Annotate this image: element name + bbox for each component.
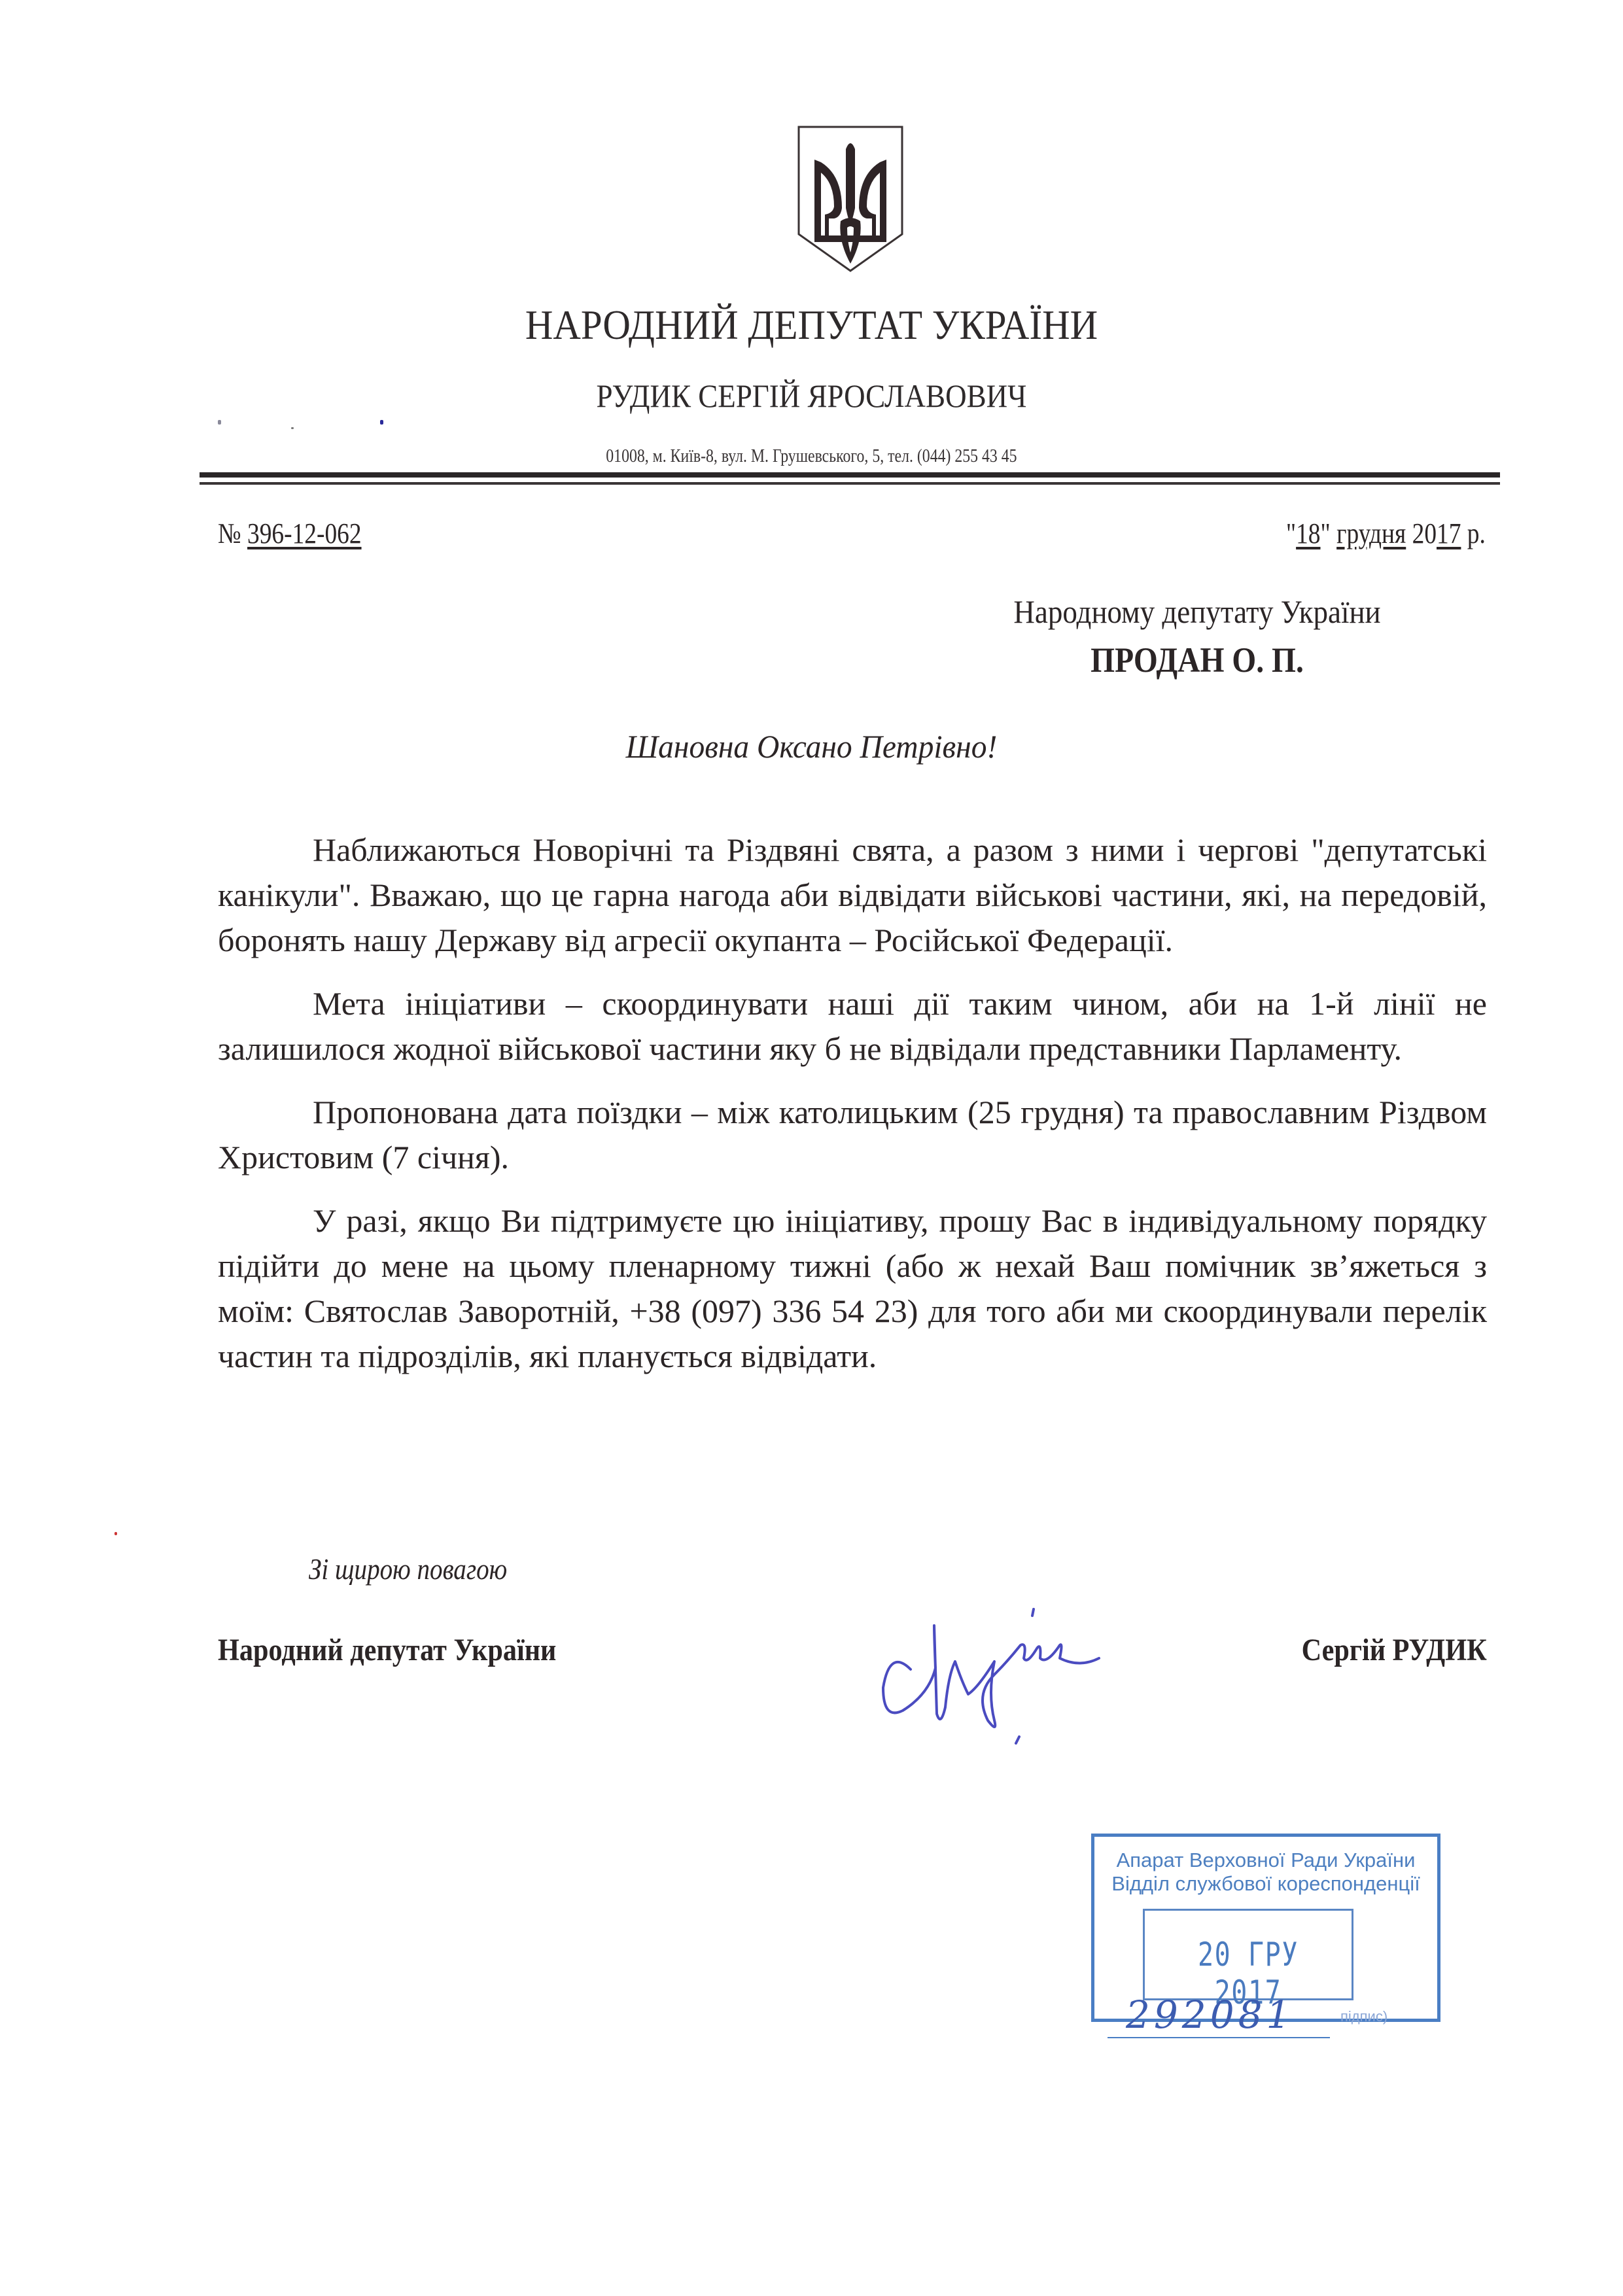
letterhead-divider-thin [200,482,1500,485]
letter-date: "18" грудня 2017 р. [1286,517,1486,550]
scan-speck [218,420,221,425]
letterhead-name: РУДИК СЕРГІЙ ЯРОСЛАВОВИЧ [81,377,1542,415]
body-paragraph: У разі, якщо Ви підтримуєте цю ініціатив… [218,1198,1487,1379]
addressee-name: ПРОДАН О. П. [973,640,1422,680]
date-year-prefix: 20 [1412,517,1437,549]
signer-title: Народний депутат України [218,1632,556,1668]
letter-body: Наближаються Новорічні та Різдвяні свята… [218,827,1487,1397]
date-suffix: р. [1467,517,1486,549]
salutation: Шановна Оксано Петрівно! [41,727,1582,765]
body-paragraph: Наближаються Новорічні та Різдвяні свята… [218,827,1487,963]
signer-name: Сергій РУДИК [1302,1632,1487,1668]
stamp-registration-number: 292081 [1126,1992,1294,2037]
stamp-department: Відділ службової кореспонденції [1094,1872,1437,1896]
stamp-underline [1108,2037,1330,2038]
addressee-title: Народному депутату України [968,593,1427,631]
date-year-suffix: 17 [1437,517,1461,549]
reference-number: № 396-12-062 [218,517,362,550]
letterhead-address: 01008, м. Київ-8, вул. М. Грушевського, … [122,446,1501,467]
scan-speck [114,1532,117,1535]
letterhead-title: НАРОДНИЙ ДЕПУТАТ УКРАЇНИ [65,301,1558,349]
scan-speck [291,427,294,429]
stamp-organization: Апарат Верховної Ради України [1094,1849,1437,1872]
scan-speck [380,420,383,425]
reference-prefix: № [218,517,241,549]
date-quote: " [1286,517,1296,549]
closing-regards: Зі щирою повагою [309,1552,507,1586]
signature-icon [864,1596,1178,1760]
body-paragraph: Мета ініціативи – скоординувати наші дії… [218,981,1487,1071]
date-quote: " [1321,517,1331,549]
reference-value: 396-12-062 [247,517,362,549]
registration-stamp: Апарат Верховної Ради України Відділ слу… [1091,1834,1440,2022]
date-day: 18 [1296,517,1320,549]
letterhead-divider-thick [200,472,1500,478]
coat-of-arms-icon [795,123,906,273]
stamp-sub-label: підпис) [1340,2008,1387,2025]
body-paragraph: Пропонована дата поїздки – між католицьк… [218,1090,1487,1180]
date-month: грудня [1336,517,1406,549]
stamp-date-box: 20 ГРУ 2017 [1143,1909,1353,2000]
